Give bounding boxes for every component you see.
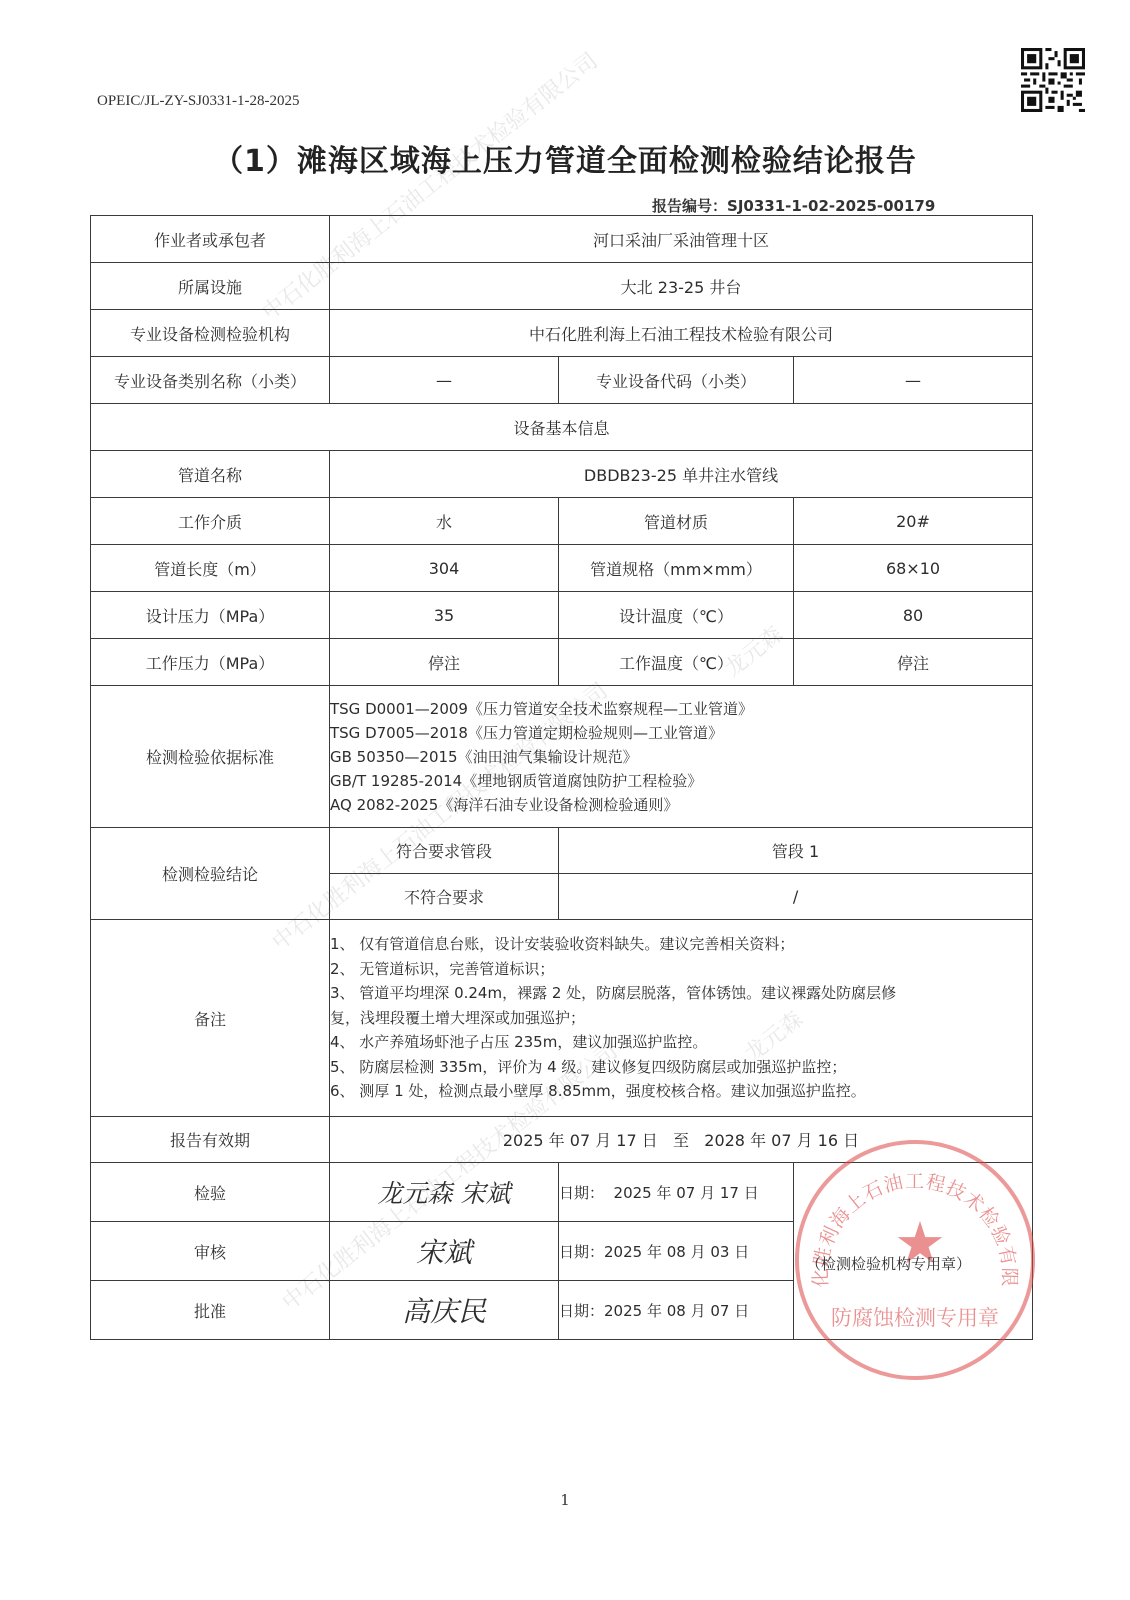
length-value: 304 — [330, 545, 559, 592]
conclusion-label: 检测检验结论 — [91, 828, 330, 920]
row-facility: 所属设施 大北 23-25 井台 — [91, 263, 1033, 310]
page-title: （1）滩海区域海上压力管道全面检测检验结论报告 — [0, 136, 1130, 180]
conclusion-fail-value: / — [559, 874, 1033, 920]
spec-label: 管道规格（mm×mm） — [559, 545, 794, 592]
inspect-signature: 龙元森 宋斌 — [330, 1163, 559, 1222]
basic-info-heading: 设备基本信息 — [91, 404, 1033, 451]
work-pressure-label: 工作压力（MPa） — [91, 639, 330, 686]
approve-label: 批准 — [91, 1281, 330, 1340]
remark-item: 复，浅埋段覆土增大埋深或加强巡护； — [330, 1006, 1028, 1031]
design-temp-label: 设计温度（℃） — [559, 592, 794, 639]
standard-item: GB/T 19285-2014《埋地钢质管道腐蚀防护工程检验》 — [330, 769, 1032, 793]
approve-signature: 高庆民 — [330, 1281, 559, 1340]
row-operator: 作业者或承包者 河口采油厂采油管理十区 — [91, 216, 1033, 263]
page-number: 1 — [0, 1491, 1130, 1509]
code-label: 专业设备代码（小类） — [559, 357, 794, 404]
medium-label: 工作介质 — [91, 498, 330, 545]
inspect-date: 日期： 2025 年 07 月 17 日 — [559, 1163, 794, 1222]
pipe-name-label: 管道名称 — [91, 451, 330, 498]
standard-item: GB 50350—2015《油田油气集输设计规范》 — [330, 745, 1032, 769]
standard-item: AQ 2082-2025《海洋石油专业设备检测检验通则》 — [330, 793, 1032, 817]
review-signature: 宋斌 — [330, 1222, 559, 1281]
report-number: 报告编号：SJ0331-1-02-2025-00179 — [652, 195, 935, 216]
medium-value: 水 — [330, 498, 559, 545]
material-label: 管道材质 — [559, 498, 794, 545]
standards-list: TSG D0001—2009《压力管道安全技术监察规程—工业管道》 TSG D7… — [330, 686, 1033, 828]
design-temp-value: 80 — [794, 592, 1033, 639]
row-conclusion-pass: 检测检验结论 符合要求管段 管段 1 — [91, 828, 1033, 874]
pipe-name-value: DBDB23-25 单井注水管线 — [330, 451, 1033, 498]
stamp-cell — [794, 1163, 1033, 1340]
remarks-label: 备注 — [91, 920, 330, 1117]
report-number-value: SJ0331-1-02-2025-00179 — [727, 197, 935, 215]
row-agency: 专业设备检测检验机构 中石化胜利海上石油工程技术检验有限公司 — [91, 310, 1033, 357]
category-label: 专业设备类别名称（小类） — [91, 357, 330, 404]
facility-value: 大北 23-25 井台 — [330, 263, 1033, 310]
conclusion-fail-label: 不符合要求 — [330, 874, 559, 920]
length-label: 管道长度（m） — [91, 545, 330, 592]
work-temp-value: 停注 — [794, 639, 1033, 686]
remark-item: 3、 管道平均埋深 0.24m，裸露 2 处，防腐层脱落，管体锈蚀。建议裸露处防… — [330, 981, 1028, 1006]
approve-date: 日期：2025 年 08 月 07 日 — [559, 1281, 794, 1340]
standard-item: TSG D0001—2009《压力管道安全技术监察规程—工业管道》 — [330, 697, 1032, 721]
review-date: 日期：2025 年 08 月 03 日 — [559, 1222, 794, 1281]
row-validity: 报告有效期 2025 年 07 月 17 日 至 2028 年 07 月 16 … — [91, 1117, 1033, 1163]
row-section-basic-info: 设备基本信息 — [91, 404, 1033, 451]
row-design: 设计压力（MPa） 35 设计温度（℃） 80 — [91, 592, 1033, 639]
remarks-list: 1、 仅有管道信息台账，设计安装验收资料缺失。建议完善相关资料； 2、 无管道标… — [330, 920, 1033, 1117]
operator-label: 作业者或承包者 — [91, 216, 330, 263]
remark-item: 4、 水产养殖场虾池子占压 235m，建议加强巡护监控。 — [330, 1030, 1028, 1055]
row-length: 管道长度（m） 304 管道规格（mm×mm） 68×10 — [91, 545, 1033, 592]
category-value: — — [330, 357, 559, 404]
row-pipe-name: 管道名称 DBDB23-25 单井注水管线 — [91, 451, 1033, 498]
work-temp-label: 工作温度（℃） — [559, 639, 794, 686]
design-pressure-value: 35 — [330, 592, 559, 639]
code-value: — — [794, 357, 1033, 404]
agency-value: 中石化胜利海上石油工程技术检验有限公司 — [330, 310, 1033, 357]
row-inspect: 检验 龙元森 宋斌 日期： 2025 年 07 月 17 日 — [91, 1163, 1033, 1222]
conclusion-pass-label: 符合要求管段 — [330, 828, 559, 874]
row-standards: 检测检验依据标准 TSG D0001—2009《压力管道安全技术监察规程—工业管… — [91, 686, 1033, 828]
stamp-label: （检测检验机构专用章） — [806, 1253, 971, 1274]
design-pressure-label: 设计压力（MPa） — [91, 592, 330, 639]
facility-label: 所属设施 — [91, 263, 330, 310]
agency-label: 专业设备检测检验机构 — [91, 310, 330, 357]
qr-code-icon — [1021, 48, 1085, 112]
standard-item: TSG D7005—2018《压力管道定期检验规则—工业管道》 — [330, 721, 1032, 745]
inspect-label: 检验 — [91, 1163, 330, 1222]
spec-value: 68×10 — [794, 545, 1033, 592]
review-label: 审核 — [91, 1222, 330, 1281]
operator-value: 河口采油厂采油管理十区 — [330, 216, 1033, 263]
work-pressure-value: 停注 — [330, 639, 559, 686]
row-working: 工作压力（MPa） 停注 工作温度（℃） 停注 — [91, 639, 1033, 686]
validity-label: 报告有效期 — [91, 1117, 330, 1163]
report-number-label: 报告编号： — [652, 197, 727, 215]
standards-label: 检测检验依据标准 — [91, 686, 330, 828]
remark-item: 5、 防腐层检测 335m，评价为 4 级。建议修复四级防腐层或加强巡护监控； — [330, 1055, 1028, 1080]
row-category: 专业设备类别名称（小类） — 专业设备代码（小类） — — [91, 357, 1033, 404]
conclusion-pass-value: 管段 1 — [559, 828, 1033, 874]
remark-item: 1、 仅有管道信息台账，设计安装验收资料缺失。建议完善相关资料； — [330, 932, 1028, 957]
remark-item: 2、 无管道标识，完善管道标识； — [330, 957, 1028, 982]
row-medium: 工作介质 水 管道材质 20# — [91, 498, 1033, 545]
row-remarks: 备注 1、 仅有管道信息台账，设计安装验收资料缺失。建议完善相关资料； 2、 无… — [91, 920, 1033, 1117]
validity-value: 2025 年 07 月 17 日 至 2028 年 07 月 16 日 — [330, 1117, 1033, 1163]
material-value: 20# — [794, 498, 1033, 545]
report-table: 作业者或承包者 河口采油厂采油管理十区 所属设施 大北 23-25 井台 专业设… — [90, 215, 1033, 1340]
document-code: OPEIC/JL-ZY-SJ0331-1-28-2025 — [97, 93, 300, 110]
remark-item: 6、 测厚 1 处，检测点最小壁厚 8.85mm，强度校核合格。建议加强巡护监控… — [330, 1079, 1028, 1104]
